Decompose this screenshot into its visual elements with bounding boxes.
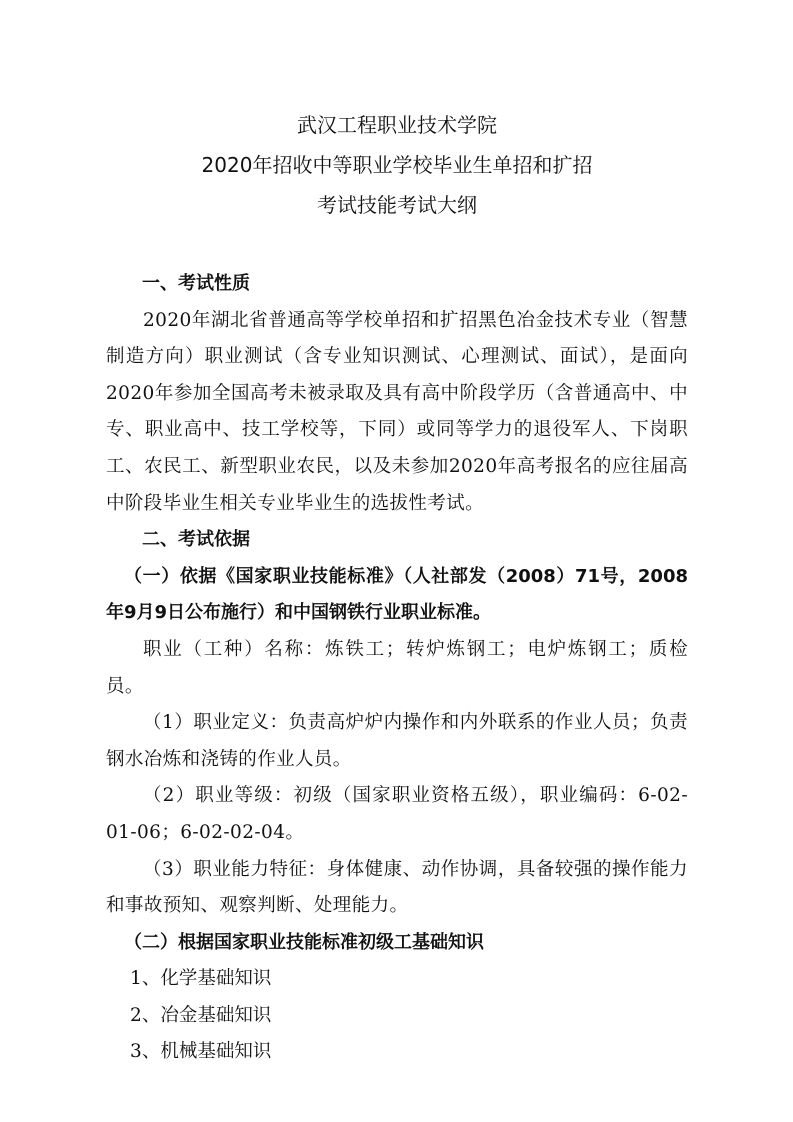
subsection-heading-basic-knowledge: （二）根据国家职业技能标准初级工基础知识 <box>106 925 688 962</box>
paragraph-occupation-level: （2）职业等级：初级（国家职业资格五级），职业编码：6-02-01-06；6-0… <box>106 778 688 851</box>
list-item-mechanics: 3、机械基础知识 <box>106 1034 688 1071</box>
section-heading-exam-basis: 二、考试依据 <box>106 522 688 559</box>
document-title: 武汉工程职业技术学院 2020年招收中等职业学校毕业生单招和扩招 考试技能考试大… <box>106 105 688 225</box>
paragraph-occupation-definition: （1）职业定义：负责高炉炉内操作和内外联系的作业人员；负责钢水冶炼和浇铸的作业人… <box>106 705 688 778</box>
list-item-metallurgy: 2、冶金基础知识 <box>106 998 688 1035</box>
title-outline: 考试技能考试大纲 <box>106 185 688 225</box>
document-body: 一、考试性质 2020年湖北省普通高等学校单招和扩招黑色冶金技术专业（智慧制造方… <box>106 266 688 1071</box>
paragraph-occupation-names: 职业（工种）名称：炼铁工；转炉炼钢工；电炉炼钢工；质检员。 <box>106 632 688 705</box>
title-subject: 2020年招收中等职业学校毕业生单招和扩招 <box>106 145 688 185</box>
list-item-chemistry: 1、化学基础知识 <box>106 961 688 998</box>
title-institution: 武汉工程职业技术学院 <box>106 105 688 145</box>
section-heading-exam-nature: 一、考试性质 <box>106 266 688 303</box>
subsection-heading-standard: （一）依据《国家职业技能标准》（人社部发（2008）71号，2008年9月9日公… <box>106 559 688 632</box>
paragraph-exam-nature: 2020年湖北省普通高等学校单招和扩招黑色冶金技术专业（智慧制造方向）职业测试（… <box>106 303 688 523</box>
paragraph-occupation-ability: （3）职业能力特征：身体健康、动作协调，具备较强的操作能力和事故预知、观察判断、… <box>106 852 688 925</box>
